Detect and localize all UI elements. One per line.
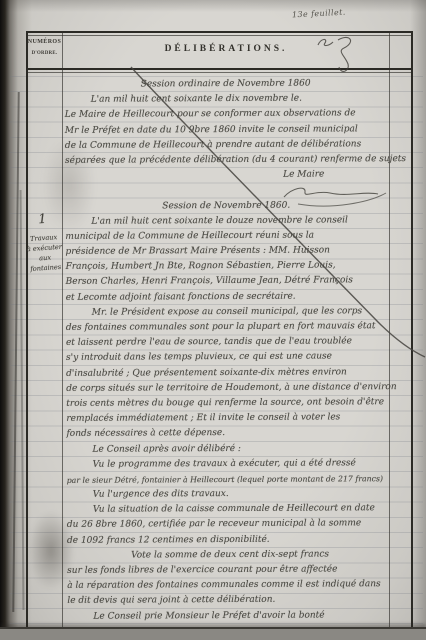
margin-entry-annotation: 1 Travauxà exécuterauxfontaines xyxy=(24,211,64,274)
manuscript-line: par le sieur Détré, fontainier à Heillec… xyxy=(67,471,389,488)
manuscript-line: remplacés immédiatement ; Et il invite l… xyxy=(66,410,388,427)
manuscript-line: municipal de la Commune de Heillecourt r… xyxy=(65,228,387,245)
manuscript-line: des fontaines communales sont pour la pl… xyxy=(66,319,388,336)
manuscript-line: Vu la situation de la caisse communale d… xyxy=(67,501,389,518)
manuscript-line: Le Maire de Heillecourt pour se conforme… xyxy=(65,107,387,124)
manuscript-line: et Lecomte adjoint faisant fonctions de … xyxy=(66,289,388,306)
manuscript-line: de 1092 francs 12 centimes en disponibil… xyxy=(67,532,389,549)
manuscript-line: Session de Novembre 1860. xyxy=(65,198,387,215)
frame-right-outer-rule xyxy=(411,31,413,628)
manuscript-line: du 26 8bre 1860, certifiée par le receve… xyxy=(67,517,389,534)
manuscript-line: Berson Charles, Henri François, Villaume… xyxy=(66,274,388,291)
manuscript-line: de la Commune de Heillecourt à prendre a… xyxy=(65,137,387,154)
manuscript-line: Mr. le Président expose au conseil munic… xyxy=(66,304,388,321)
manuscript-line: Vu le programme des travaux à exécuter, … xyxy=(67,456,389,473)
margin-header-line2: D'ORDRE. xyxy=(26,51,63,56)
margin-header-line1: NUMÉROS xyxy=(26,39,63,45)
manuscript-line: Vote la somme de deux cent dix-sept fran… xyxy=(67,547,389,564)
margin-column-header: NUMÉROS D'ORDRE. xyxy=(26,39,63,56)
header-separator-rule xyxy=(26,68,413,70)
manuscript-line: Vu l'urgence des dits travaux. xyxy=(67,486,389,503)
manuscript-line xyxy=(65,182,387,199)
deliberations-column-header: DÉLIBÉRATIONS. xyxy=(63,44,389,54)
manuscript-line: d'insalubrité ; Que présentement soixant… xyxy=(66,365,388,382)
gutter-shadow xyxy=(20,498,82,603)
manuscript-line: sur les fonds libres de l'exercice coura… xyxy=(67,562,389,579)
manuscript-line: Le Conseil après avoir délibéré : xyxy=(66,441,388,458)
manuscript-line: L'an mil huit cent soixante le douze nov… xyxy=(65,213,387,230)
manuscript-line: trois cents mètres du bouge qui renferme… xyxy=(66,395,388,412)
entry-number: 1 xyxy=(24,211,61,228)
manuscript-line: fonds nécessaires à cette dépense. xyxy=(66,425,388,442)
header-separator-rule-thin xyxy=(26,72,413,73)
manuscript-line: séparées que la précédente délibération … xyxy=(65,152,387,169)
manuscript-line: présidence de Mr Brassart Maire Présents… xyxy=(65,243,387,260)
folio-number-note: 13e feuillet. xyxy=(292,8,346,20)
manuscript-line: Le Maire xyxy=(65,167,387,184)
frame-top-rule-thin xyxy=(26,35,413,36)
manuscript-line: le dit devis qui sera joint à cette déli… xyxy=(67,593,389,610)
manuscript-line: Mr le Préfet en date du 10 9bre 1860 inv… xyxy=(65,122,387,139)
entry-label-lines: Travauxà exécuterauxfontaines xyxy=(25,232,64,274)
scanned-register-page: NUMÉROS D'ORDRE. DÉLIBÉRATIONS. 13e feui… xyxy=(0,0,426,640)
manuscript-body: Session ordinaire de Novembre 1860L'an m… xyxy=(65,76,390,624)
frame-top-rule xyxy=(26,31,413,33)
manuscript-line: François, Humbert Jn Bte, Rognon Sébasti… xyxy=(66,258,388,275)
manuscript-line: L'an mil huit cent soixante le dix novem… xyxy=(65,91,387,108)
manuscript-line: Le Conseil prie Monsieur le Préfet d'avo… xyxy=(67,608,389,625)
manuscript-line: Session ordinaire de Novembre 1860 xyxy=(65,76,387,93)
manuscript-line: à la réparation des fontaines communales… xyxy=(67,577,389,594)
manuscript-line: s'y introduit dans les temps pluvieux, c… xyxy=(66,350,388,367)
frame-right-inner-rule xyxy=(389,31,390,628)
page-bottom-edge xyxy=(0,627,426,640)
manuscript-line: et laissent perdre l'eau de source, tand… xyxy=(66,334,388,351)
manuscript-line: de corps situés sur le territoire de Hou… xyxy=(66,380,388,397)
